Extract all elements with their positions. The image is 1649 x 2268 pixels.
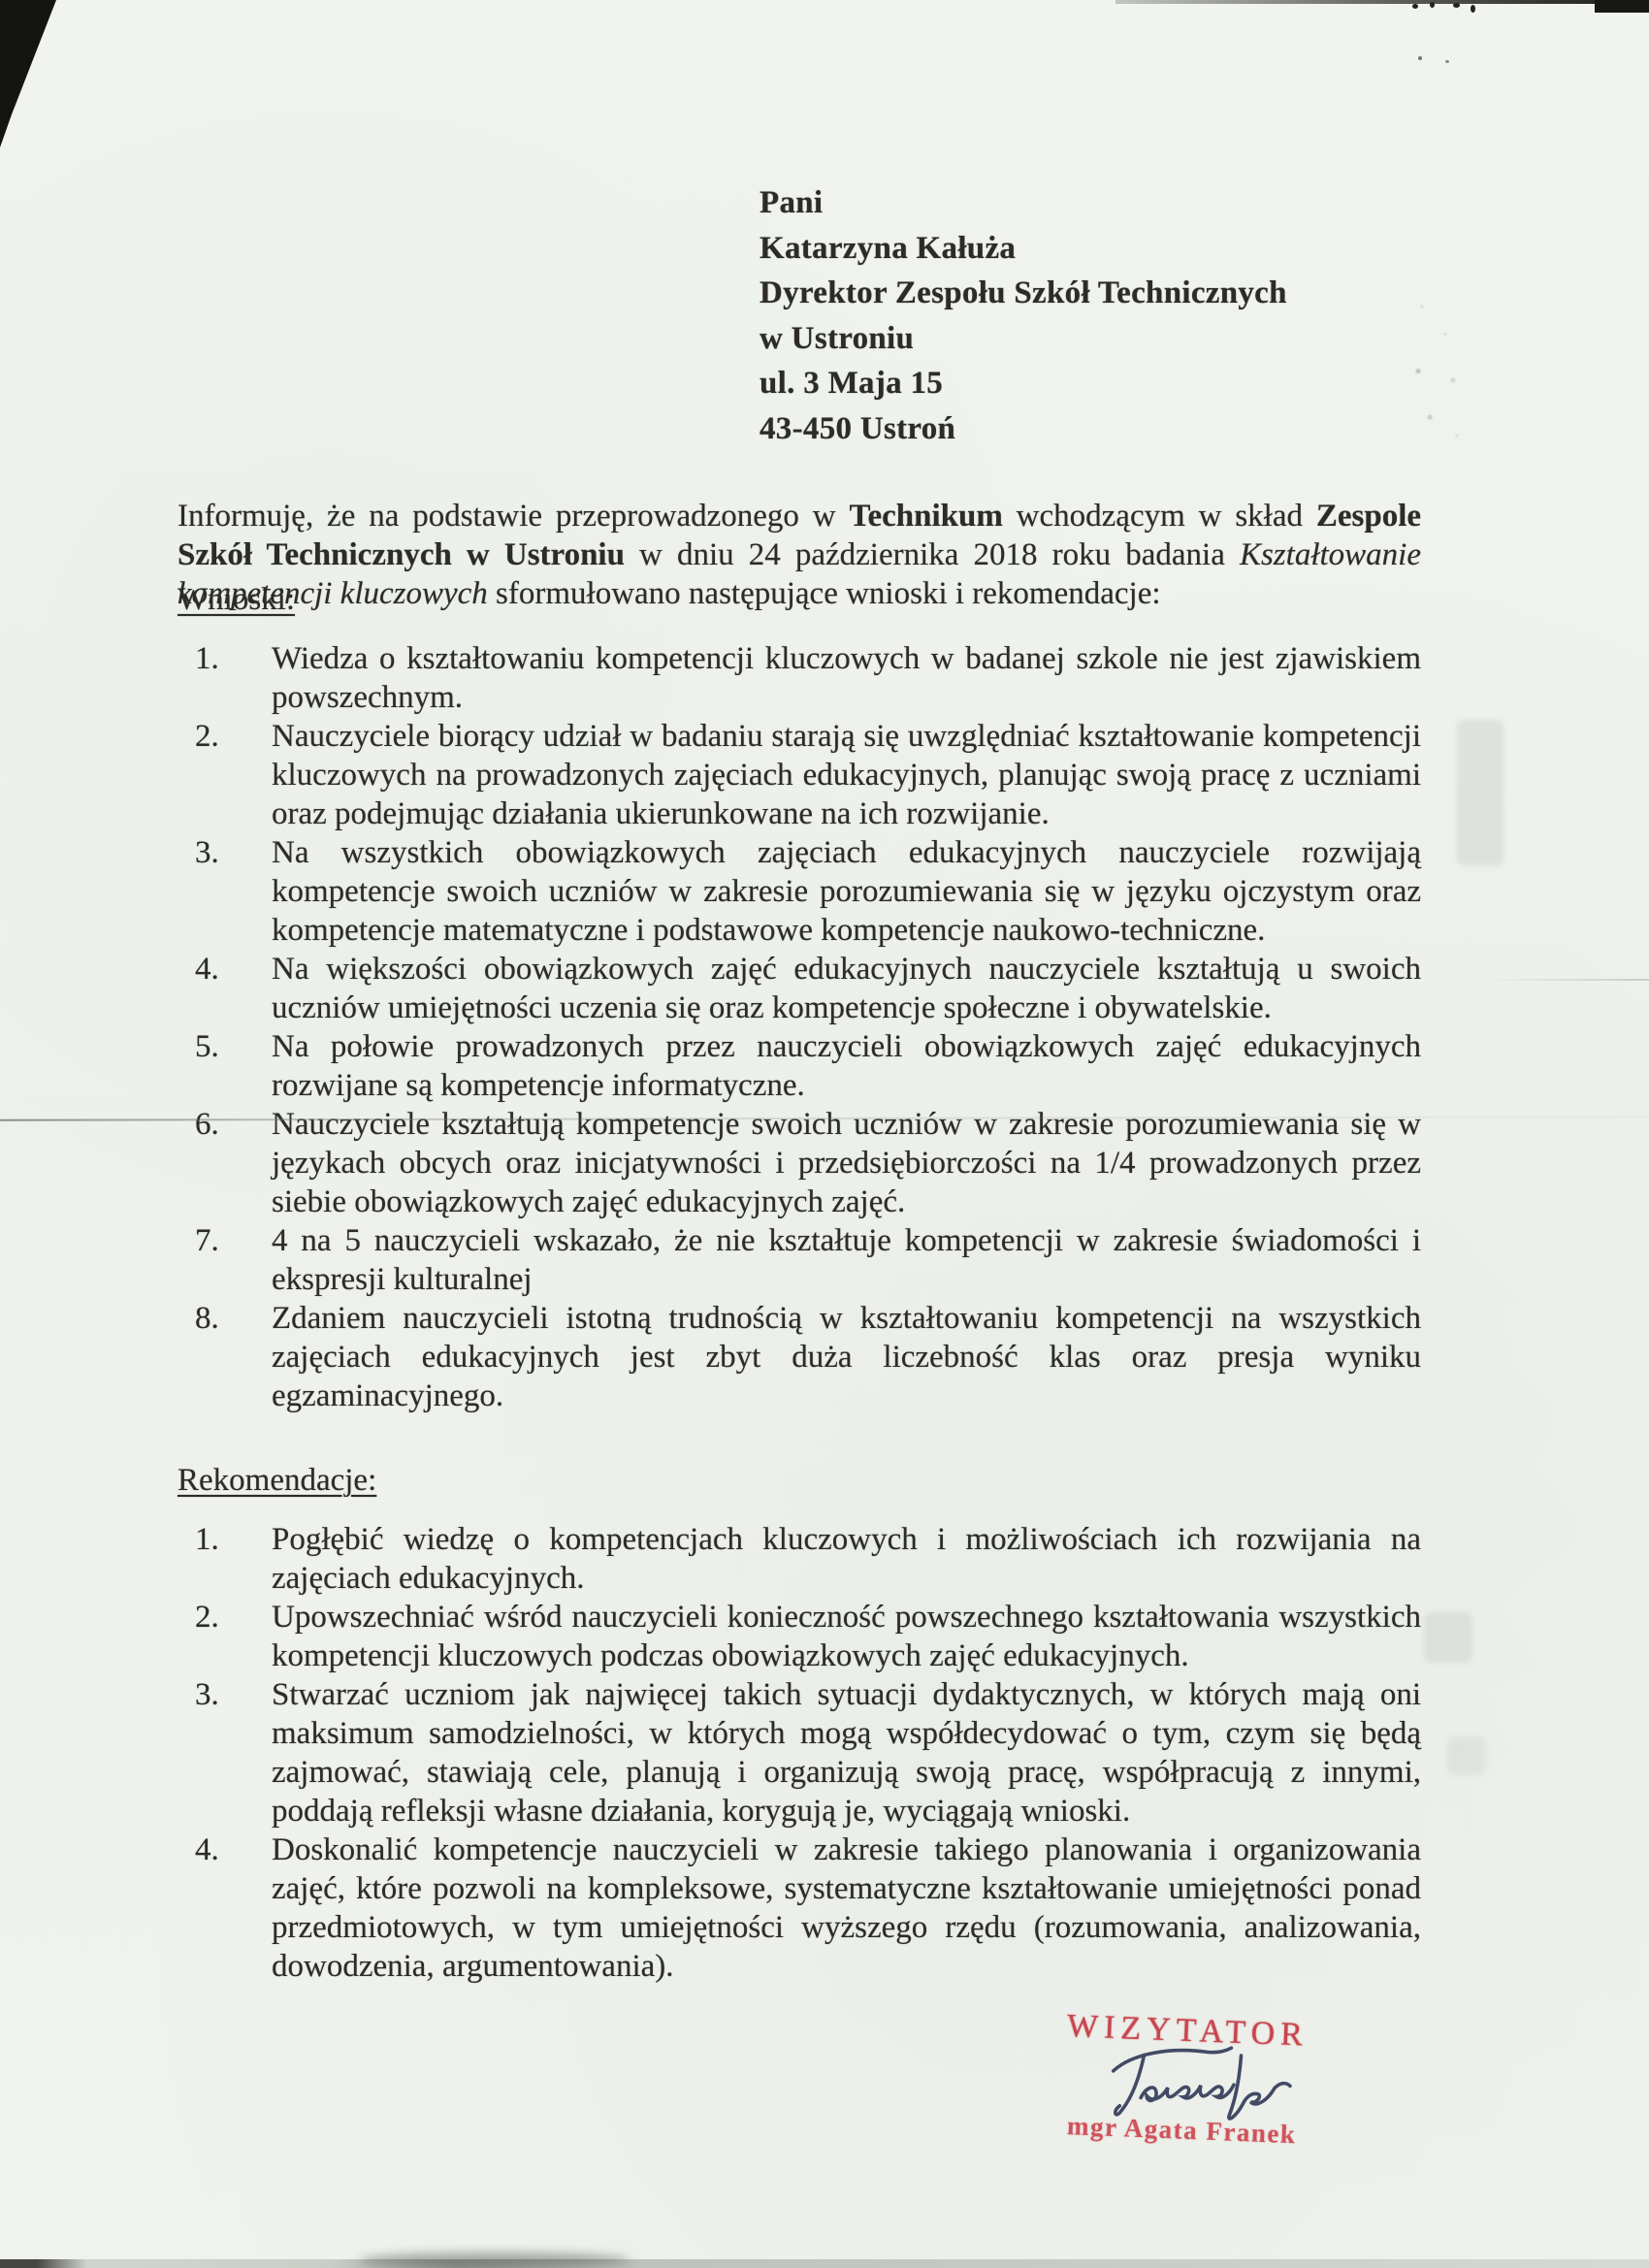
recipient-line: Dyrektor Zespołu Szkół Technicznych <box>760 271 1287 316</box>
item-text: Pogłębić wiedzę o kompetencjach kluczowy… <box>272 1520 1421 1598</box>
item-text: Upowszechniać wśród nauczycieli konieczn… <box>272 1598 1421 1675</box>
inspector-stamp: WIZYTATOR mgr Agata Franek <box>1062 2008 1368 2153</box>
intro-segment: sformułowano następujące wnioski i rekom… <box>488 576 1161 611</box>
list-item: 1.Wiedza o kształtowaniu kompetencji klu… <box>179 639 1421 717</box>
ink-speck <box>1471 5 1475 13</box>
item-text: Na połowie prowadzonych przez nauczyciel… <box>272 1027 1421 1105</box>
ink-speck <box>1430 2 1435 8</box>
item-text: Stwarzać uczniom jak najwięcej takich sy… <box>272 1675 1421 1831</box>
list-item: 3.Stwarzać uczniom jak najwięcej takich … <box>179 1675 1421 1831</box>
list-item: 5.Na połowie prowadzonych przez nauczyci… <box>179 1027 1421 1105</box>
scan-bottom-edge <box>0 2259 1649 2268</box>
recommendations-list: 1.Pogłębić wiedzę o kompetencjach kluczo… <box>179 1520 1421 1986</box>
list-item: 2.Nauczyciele biorący udział w badaniu s… <box>179 717 1421 833</box>
list-item: 6.Nauczyciele kształtują kompetencje swo… <box>179 1105 1421 1221</box>
margin-smudge <box>1424 1612 1472 1663</box>
item-text: 4 na 5 nauczycieli wskazało, że nie kszt… <box>272 1221 1421 1299</box>
item-text: Doskonalić kompetencje nauczycieli w zak… <box>272 1831 1421 1986</box>
scan-top-right-block <box>1595 0 1649 13</box>
recipient-line: ul. 3 Maja 15 <box>760 361 1287 406</box>
signature-franek <box>1089 2039 1318 2125</box>
item-number: 3. <box>179 1675 272 1831</box>
fold-crease-right <box>1484 979 1649 981</box>
scan-bottom-smudge <box>359 2252 630 2268</box>
scan-top-edge-line <box>1115 0 1649 4</box>
list-item: 7.4 na 5 nauczycieli wskazało, że nie ks… <box>179 1221 1421 1299</box>
recipient-line: Katarzyna Kałuża <box>760 226 1287 272</box>
margin-smudge <box>1447 1736 1486 1775</box>
recommendations-heading: Rekomendacje: <box>178 1461 376 1500</box>
recipient-block: PaniKatarzyna KałużaDyrektor Zespołu Szk… <box>760 180 1287 451</box>
ink-speck <box>1412 4 1418 9</box>
conclusions-list: 1.Wiedza o kształtowaniu kompetencji klu… <box>179 639 1421 1415</box>
item-number: 8. <box>179 1299 272 1415</box>
item-text: Wiedza o kształtowaniu kompetencji klucz… <box>272 639 1421 717</box>
item-number: 2. <box>179 1598 272 1675</box>
list-item: 4.Doskonalić kompetencje nauczycieli w z… <box>179 1831 1421 1986</box>
item-number: 1. <box>179 1520 272 1598</box>
margin-smudge <box>1457 720 1503 865</box>
item-text: Na wszystkich obowiązkowych zajęciach ed… <box>272 833 1421 950</box>
item-number: 2. <box>179 717 272 833</box>
list-item: 2.Upowszechniać wśród nauczycieli koniec… <box>179 1598 1421 1675</box>
intro-segment: wchodzącym w skład <box>1003 499 1316 534</box>
intro-segment: Informuję, że na podstawie przeprowadzon… <box>178 499 849 534</box>
item-number: 7. <box>179 1221 272 1299</box>
item-number: 3. <box>179 833 272 950</box>
recipient-line: 43-450 Ustroń <box>760 406 1287 452</box>
list-item: 8.Zdaniem nauczycieli istotną trudnością… <box>179 1299 1421 1415</box>
ink-speck <box>1445 60 1449 63</box>
scan-corner-artifact <box>0 0 56 147</box>
intro-segment: w dniu 24 października 2018 roku badania <box>625 537 1240 572</box>
ink-speck <box>1453 3 1460 8</box>
document-page: PaniKatarzyna KałużaDyrektor Zespołu Szk… <box>0 0 1649 2268</box>
list-item: 4.Na większości obowiązkowych zajęć eduk… <box>179 950 1421 1027</box>
ink-speck <box>1418 56 1422 60</box>
item-number: 4. <box>179 1831 272 1986</box>
item-text: Nauczyciele kształtują kompetencje swoic… <box>272 1105 1421 1221</box>
intro-segment: Technikum <box>849 499 1002 534</box>
item-number: 1. <box>179 639 272 717</box>
list-item: 1.Pogłębić wiedzę o kompetencjach kluczo… <box>179 1520 1421 1598</box>
conclusions-heading: Wnioski: <box>178 580 295 619</box>
item-number: 4. <box>179 950 272 1027</box>
list-item: 3.Na wszystkich obowiązkowych zajęciach … <box>179 833 1421 950</box>
item-number: 5. <box>179 1027 272 1105</box>
bleed-through-marks <box>1399 270 1476 454</box>
item-text: Nauczyciele biorący udział w badaniu sta… <box>272 717 1421 833</box>
recipient-line: Pani <box>760 180 1287 226</box>
item-text: Na większości obowiązkowych zajęć edukac… <box>272 950 1421 1027</box>
item-text: Zdaniem nauczycieli istotną trudnością w… <box>272 1299 1421 1415</box>
intro-paragraph: Informuję, że na podstawie przeprowadzon… <box>178 497 1421 613</box>
item-number: 6. <box>179 1105 272 1221</box>
recipient-line: w Ustroniu <box>760 316 1287 362</box>
